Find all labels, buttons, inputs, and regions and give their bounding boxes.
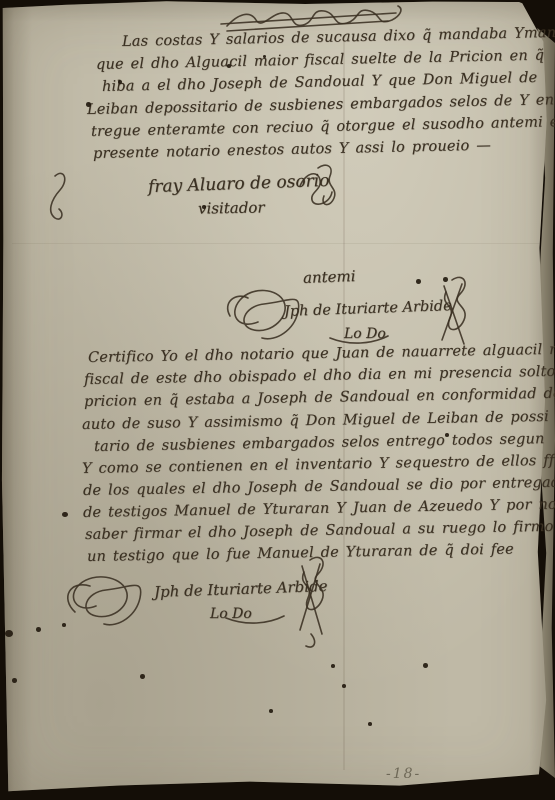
manuscript-line: un testigo que lo fue Manuel de Yturaran… (87, 542, 514, 565)
ink-speck (12, 678, 17, 683)
ante-mi-label: antemi (303, 267, 356, 287)
manuscript-line: pricion en q̃ estaba a Joseph de Sandoua… (84, 386, 555, 410)
folio-number: -18- (386, 766, 421, 782)
ink-speck (227, 64, 231, 68)
handwritten-text-layer: Las costas Y salarios de sucausa dixo q̃… (0, 0, 555, 800)
manuscript-line: Leiban depossitario de susbienes embarga… (87, 92, 554, 118)
ink-speck (342, 684, 346, 688)
manuscript-line: Certifico Yo el dho notario que Juan de … (88, 341, 555, 366)
ink-speck (86, 102, 91, 107)
manuscript-line: saber firmar el dho Joseph de Sandoual a… (85, 519, 554, 543)
ink-speck (118, 80, 122, 84)
notary-signature-suffix: Lo Do (210, 606, 252, 622)
ink-speck (331, 664, 335, 668)
ink-speck (62, 623, 66, 627)
manuscript-line: Las costas Y salarios de sucausa dixo q̃… (122, 25, 555, 50)
manuscript-line: presente notario enestos autos Y assi lo… (93, 138, 491, 162)
manuscript-line: tario de susbienes embargados selos entr… (94, 431, 545, 455)
manuscript-line: de testigos Manuel de Yturaran Y Juan de… (83, 497, 555, 521)
ink-speck (202, 205, 206, 209)
ink-speck (368, 722, 372, 726)
ink-speck (416, 279, 421, 284)
ink-speck (423, 663, 428, 668)
visitador-signature-name: fray Aluaro de osorio (148, 171, 330, 197)
ink-speck (269, 709, 273, 713)
manuscript-line: de los quales el dho Joseph de Sandoual … (83, 475, 555, 499)
notary-signature-name: Jph de Ituriarte Arbide (154, 577, 328, 601)
ink-speck (445, 433, 449, 437)
ink-speck (140, 674, 145, 679)
manuscript-line: tregue enteramte con reciuo q̃ otorgue e… (91, 114, 555, 140)
manuscript-line: auto de suso Y assimismo q̃ Don Miguel d… (82, 409, 549, 433)
manuscript-scan: Las costas Y salarios de sucausa dixo q̃… (0, 0, 555, 800)
manuscript-line: fiscal de este dho obispado el dho dia e… (84, 363, 555, 388)
notary-signature-suffix: Lo Do (344, 326, 386, 342)
manuscript-line: hiba a el dho Joseph de Sandoual Y que D… (102, 70, 538, 95)
visitador-signature-title: visitador (198, 198, 265, 217)
ink-speck (36, 627, 41, 632)
manuscript-line: Y como se contienen en el inventario Y s… (82, 452, 555, 477)
ink-speck (263, 55, 266, 58)
ink-speck (443, 277, 448, 282)
notary-signature-name: Jph de Ituriarte Arbide (284, 298, 452, 320)
manuscript-line: que el dho Alguacil maior fiscal suelte … (96, 48, 545, 73)
